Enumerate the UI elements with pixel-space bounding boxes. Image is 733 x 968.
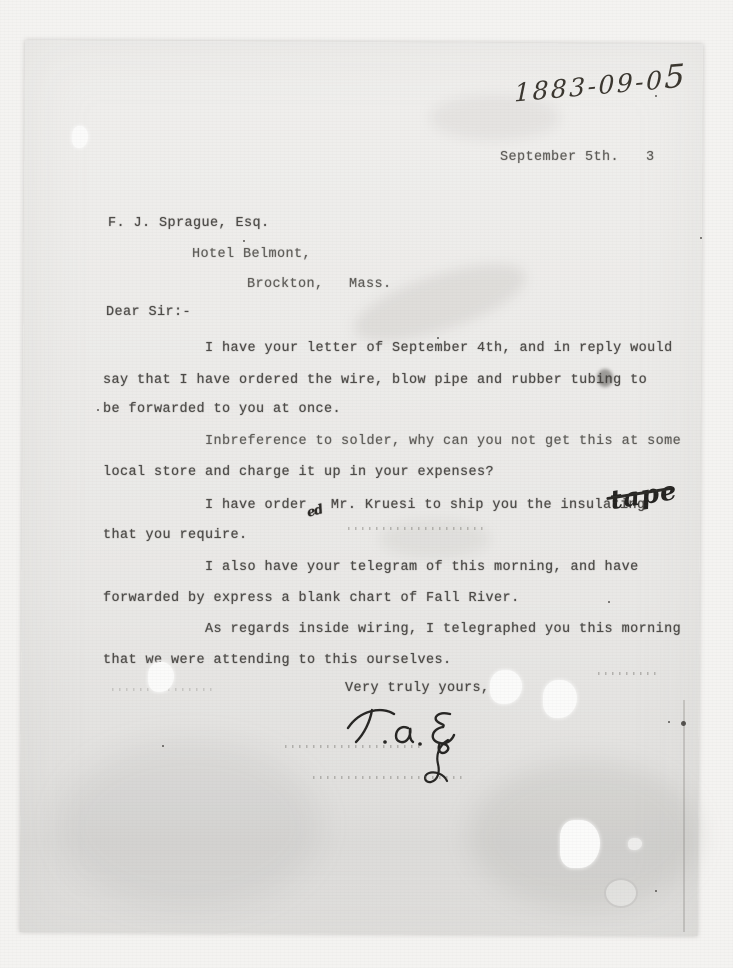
para5-line1: As regards inside wiring, I telegraphed … [205,622,681,637]
ring-mark [604,878,638,908]
archival-date-annotation: 1883-09-05 [514,56,685,109]
ink-speck [681,721,686,726]
damage-spot [490,670,522,704]
para2-line1: Inbreference to solder, why can you not … [205,434,681,449]
handwritten-ed-insertion: ed [305,502,324,520]
damage-spot [628,838,642,850]
recipient-city-line: Brockton, Mass. [247,277,392,292]
recipient-hotel-line: Hotel Belmont, [192,247,311,262]
ink-speck [655,890,657,892]
para1-line2: say that I have ordered the wire, blow p… [103,373,647,388]
recipient-name-line: F. J. Sprague, Esq. [108,216,270,231]
archival-date-last-digit: 5 [664,56,685,96]
archival-date-main: 1883-09-0 [514,65,665,107]
dotted-artifact-row [285,745,425,748]
ink-speck [437,337,439,339]
fold-line [683,700,685,932]
para3-line2: that you require. [103,528,248,543]
damage-spot [72,126,88,148]
ink-speck [162,745,164,747]
para1-line3: be forwarded to you at once. [103,402,341,417]
ink-speck [243,240,245,242]
scanned-letter: 1883-09-05 September 5th. 3 F. J. Spragu… [0,0,733,968]
para2-line2: local store and charge it up in your exp… [103,465,494,480]
page-number: 3 [646,150,655,165]
para3-line1: I have ordered Mr. Kruesi to ship you th… [205,497,645,513]
ink-blot [597,369,613,387]
para3-line1-before: I have order [205,498,307,513]
salutation-line: Dear Sir:- [106,305,191,320]
typed-date-line: September 5th. [500,150,619,165]
ink-speck [97,409,99,411]
damage-spot [543,680,577,718]
dotted-artifact-row [348,527,483,530]
ink-speck [668,721,670,723]
ink-speck [700,237,702,239]
dotted-artifact-row [598,672,656,675]
dotted-artifact-row [313,776,463,779]
damage-spot [560,820,600,868]
valediction-line: Very truly yours, [345,681,490,696]
ink-speck [608,601,610,603]
ink-speck [655,95,657,97]
para3-line1-after: Mr. Kruesi to ship you the insulating [322,498,645,513]
para4-line1: I also have your telegram of this mornin… [205,560,639,575]
para4-line2: forwarded by express a blank chart of Fa… [103,591,520,606]
signature-initials [338,698,488,768]
para1-line1: I have your letter of September 4th, and… [205,341,673,356]
signature-flourish [420,736,464,788]
